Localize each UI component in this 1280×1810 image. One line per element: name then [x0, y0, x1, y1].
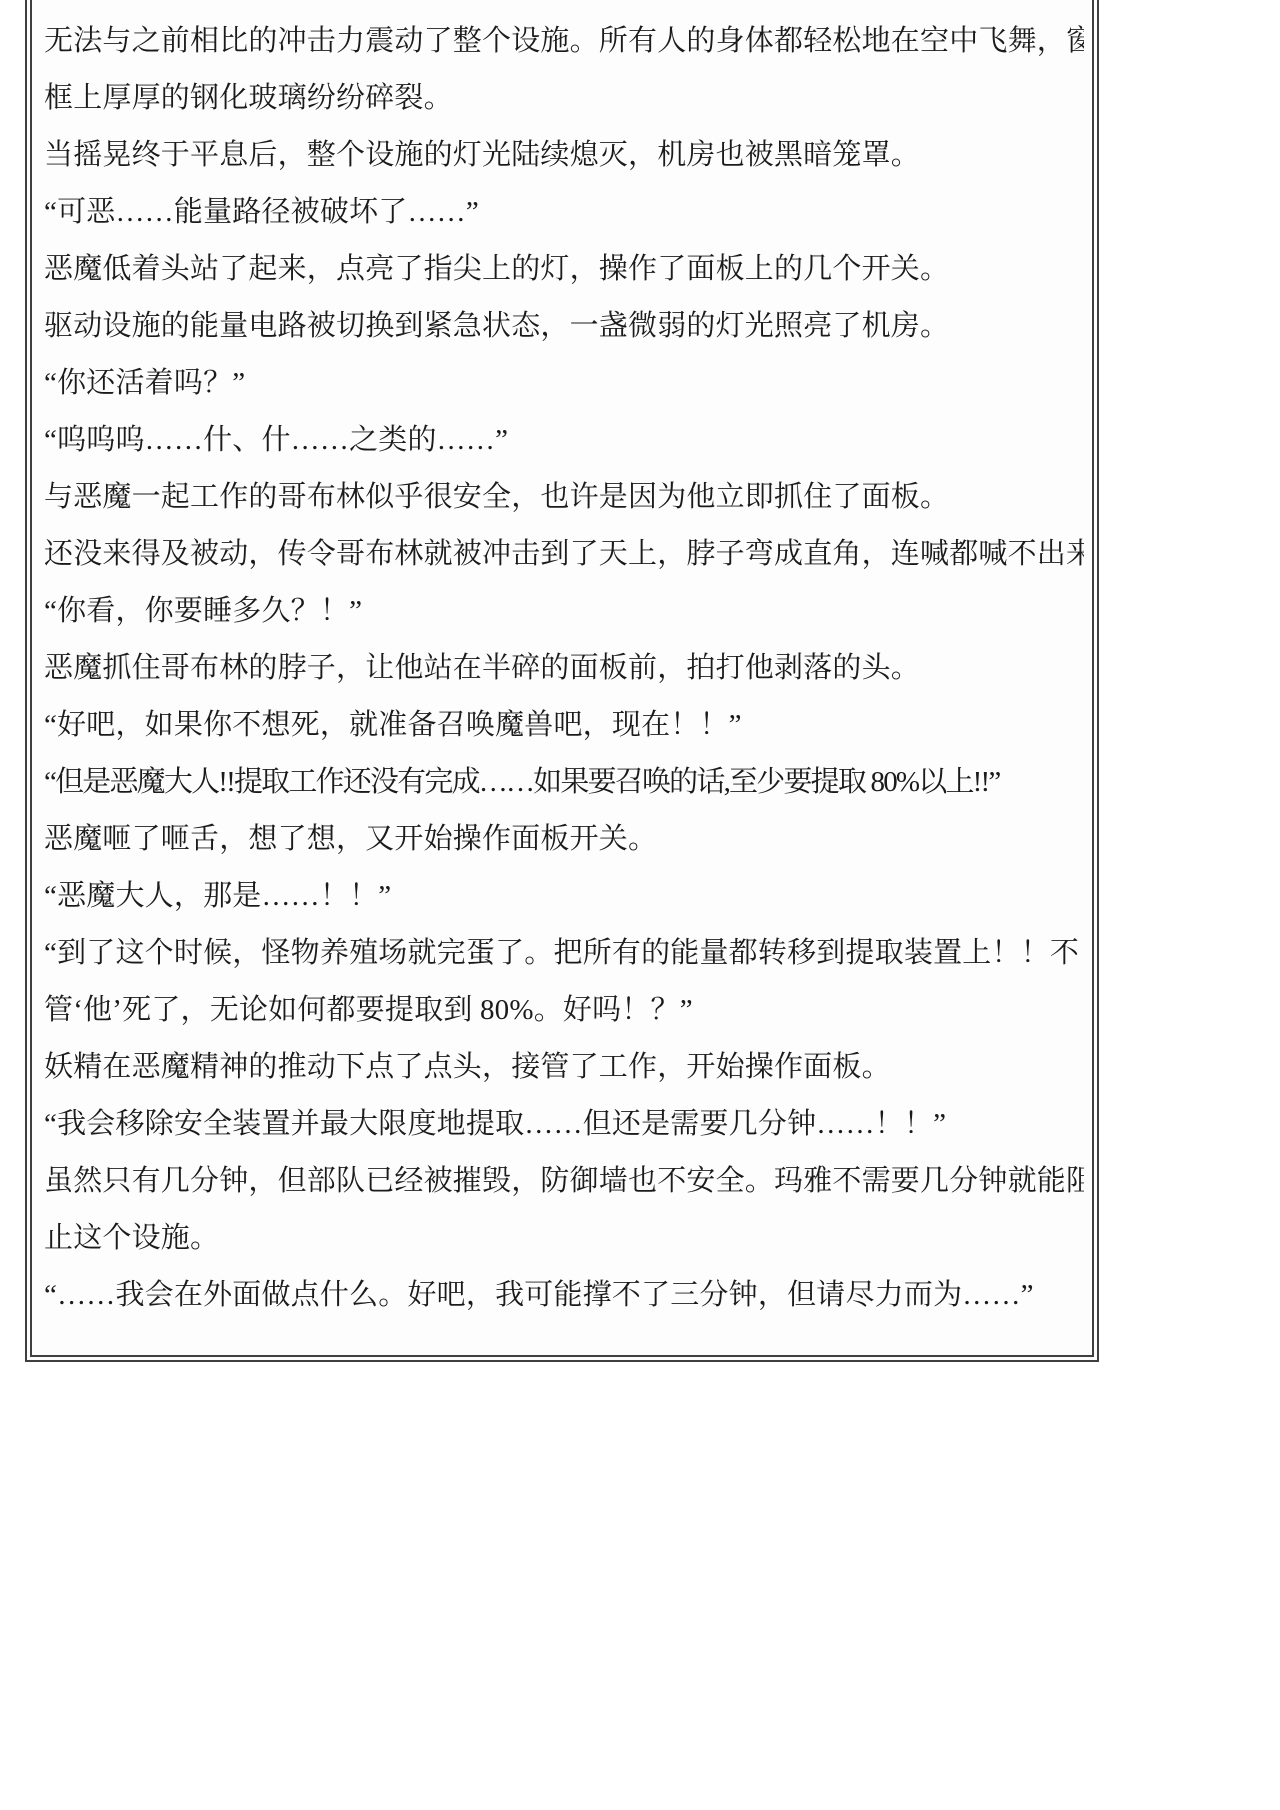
story-text-box: 无法与之前相比的冲击力震动了整个设施。所有人的身体都轻松地在空中飞舞，窗框上厚厚… [25, 0, 1099, 1362]
text-line: “但是恶魔大人!!提取工作还没有完成……如果要召唤的话,至少要提取 80%以上!… [44, 754, 1084, 811]
text-line: 当摇晃终于平息后，整个设施的灯光陆续熄灭，机房也被黑暗笼罩。 [44, 127, 1084, 184]
text-line: 虽然只有几分钟，但部队已经被摧毁，防御墙也不安全。玛雅不需要几分钟就能阻 [44, 1153, 1084, 1210]
text-line: “到了这个时候，怪物养殖场就完蛋了。把所有的能量都转移到提取装置上！！不 [44, 925, 1084, 982]
text-line: “你看，你要睡多久？！” [44, 583, 1084, 640]
text-line: “……我会在外面做点什么。好吧，我可能撑不了三分钟，但请尽力而为……” [44, 1267, 1084, 1324]
text-line: 止这个设施。 [44, 1210, 1084, 1267]
story-content: 无法与之前相比的冲击力震动了整个设施。所有人的身体都轻松地在空中飞舞，窗框上厚厚… [32, 0, 1092, 1324]
text-line: “好吧，如果你不想死，就准备召唤魔兽吧，现在！！” [44, 697, 1084, 754]
text-line: 无法与之前相比的冲击力震动了整个设施。所有人的身体都轻松地在空中飞舞，窗 [44, 13, 1084, 70]
text-line: “我会移除安全装置并最大限度地提取……但还是需要几分钟……！！” [44, 1096, 1084, 1153]
text-line: “可恶……能量路径被破坏了……” [44, 184, 1084, 241]
text-line: 妖精在恶魔精神的推动下点了点头，接管了工作，开始操作面板。 [44, 1039, 1084, 1096]
text-line: “你还活着吗？” [44, 355, 1084, 412]
text-line: “恶魔大人，那是……！！” [44, 868, 1084, 925]
text-line: 恶魔抓住哥布林的脖子，让他站在半碎的面板前，拍打他剥落的头。 [44, 640, 1084, 697]
text-line: 恶魔咂了咂舌，想了想，又开始操作面板开关。 [44, 811, 1084, 868]
text-line: 还没来得及被动，传令哥布林就被冲击到了天上，脖子弯成直角，连喊都喊不出来。 [44, 526, 1084, 583]
text-line: 框上厚厚的钢化玻璃纷纷碎裂。 [44, 70, 1084, 127]
text-line: “呜呜呜……什、什……之类的……” [44, 412, 1084, 469]
text-line: 与恶魔一起工作的哥布林似乎很安全，也许是因为他立即抓住了面板。 [44, 469, 1084, 526]
text-line: 驱动设施的能量电路被切换到紧急状态，一盏微弱的灯光照亮了机房。 [44, 298, 1084, 355]
text-line: 恶魔低着头站了起来，点亮了指尖上的灯，操作了面板上的几个开关。 [44, 241, 1084, 298]
text-line: 管‘他’死了，无论如何都要提取到 80%。好吗！？” [44, 982, 1084, 1039]
